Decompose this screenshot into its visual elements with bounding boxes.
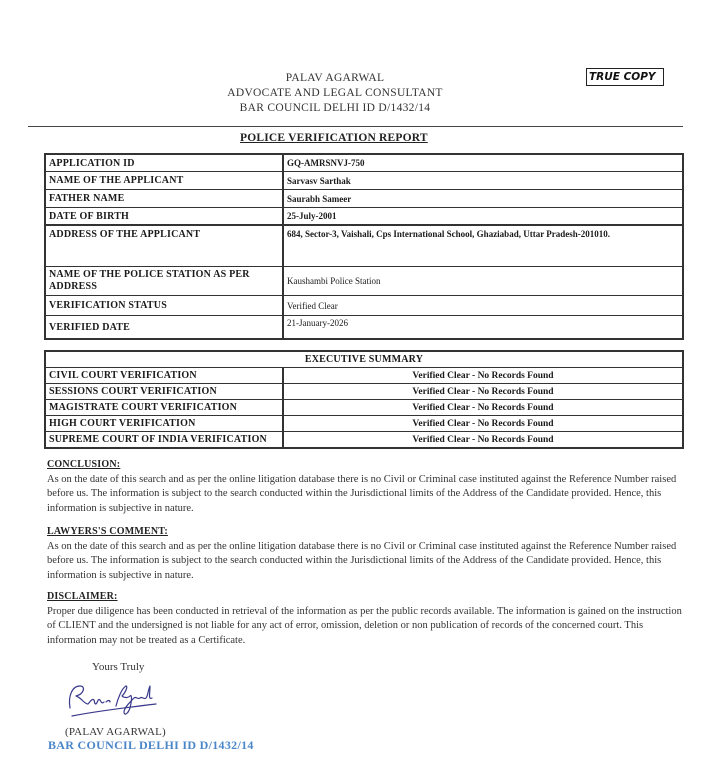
row-label: SESSIONS COURT VERIFICATION	[45, 384, 283, 400]
row-value: Verified Clear - No Records Found	[283, 432, 683, 449]
row-label: NAME OF THE POLICE STATION AS PER ADDRES…	[45, 267, 283, 296]
row-value: Kaushambi Police Station	[283, 267, 683, 296]
summary-heading: EXECUTIVE SUMMARY	[45, 351, 683, 368]
table-row: HIGH COURT VERIFICATION Verified Clear -…	[45, 416, 683, 432]
table-row: VERIFIED DATE 21-January-2026	[45, 316, 683, 340]
row-value: 25-July-2001	[283, 208, 683, 226]
advocate-designation: ADVOCATE AND LEGAL CONSULTANT	[200, 86, 470, 101]
row-value: Saurabh Sameer	[283, 190, 683, 208]
conclusion-text: As on the date of this search and as per…	[47, 473, 687, 517]
advocate-name: PALAV AGARWAL	[200, 71, 470, 86]
conclusion-heading: CONCLUSION:	[47, 458, 687, 473]
row-label: SUPREME COURT OF INDIA VERIFICATION	[45, 432, 283, 449]
header-divider	[28, 126, 683, 127]
lawyers-comment-heading: LAWYERS'S COMMENT:	[47, 525, 687, 540]
row-label: VERIFICATION STATUS	[45, 296, 283, 316]
row-value: Verified Clear - No Records Found	[283, 384, 683, 400]
table-row: FATHER NAME Saurabh Sameer	[45, 190, 683, 208]
signature-icon	[62, 678, 162, 720]
row-label: DATE OF BIRTH	[45, 208, 283, 226]
applicant-details-table: APPLICATION ID GQ-AMRSNVJ-750 NAME OF TH…	[44, 153, 684, 340]
table-row: APPLICATION ID GQ-AMRSNVJ-750	[45, 154, 683, 172]
table-header-row: EXECUTIVE SUMMARY	[45, 351, 683, 368]
table-row: NAME OF THE POLICE STATION AS PER ADDRES…	[45, 267, 683, 296]
report-title: POLICE VERIFICATION REPORT	[240, 132, 428, 144]
row-label: MAGISTRATE COURT VERIFICATION	[45, 400, 283, 416]
disclaimer-text: Proper due diligence has been conducted …	[47, 605, 687, 649]
lawyers-comment-text: As on the date of this search and as per…	[47, 540, 687, 584]
row-label: VERIFIED DATE	[45, 316, 283, 340]
disclaimer-heading: DISCLAIMER:	[47, 590, 687, 605]
table-row: DATE OF BIRTH 25-July-2001	[45, 208, 683, 226]
row-label: FATHER NAME	[45, 190, 283, 208]
row-value: GQ-AMRSNVJ-750	[283, 154, 683, 172]
table-row: SESSIONS COURT VERIFICATION Verified Cle…	[45, 384, 683, 400]
row-value: Verified Clear	[283, 296, 683, 316]
table-row: MAGISTRATE COURT VERIFICATION Verified C…	[45, 400, 683, 416]
table-row: SUPREME COURT OF INDIA VERIFICATION Veri…	[45, 432, 683, 449]
row-label: APPLICATION ID	[45, 154, 283, 172]
table-row: VERIFICATION STATUS Verified Clear	[45, 296, 683, 316]
row-value: Verified Clear - No Records Found	[283, 416, 683, 432]
executive-summary-table: EXECUTIVE SUMMARY CIVIL COURT VERIFICATI…	[44, 350, 684, 449]
lawyers-comment-section: LAWYERS'S COMMENT: As on the date of thi…	[47, 525, 687, 583]
closing-bar-id: BAR COUNCIL DELHI ID D/1432/14	[48, 738, 254, 753]
salutation: Yours Truly	[92, 661, 144, 673]
row-value: Sarvasv Sarthak	[283, 172, 683, 190]
row-label: HIGH COURT VERIFICATION	[45, 416, 283, 432]
row-label: CIVIL COURT VERIFICATION	[45, 368, 283, 384]
row-value: Verified Clear - No Records Found	[283, 400, 683, 416]
table-row: NAME OF THE APPLICANT Sarvasv Sarthak	[45, 172, 683, 190]
conclusion-section: CONCLUSION: As on the date of this searc…	[47, 458, 687, 516]
table-row: ADDRESS OF THE APPLICANT 684, Sector-3, …	[45, 225, 683, 267]
signer-name: (PALAV AGARWAL)	[65, 726, 166, 738]
row-label: ADDRESS OF THE APPLICANT	[45, 225, 283, 267]
true-copy-stamp: TRUE COPY	[586, 68, 664, 86]
disclaimer-section: DISCLAIMER: Proper due diligence has bee…	[47, 590, 687, 648]
row-label: NAME OF THE APPLICANT	[45, 172, 283, 190]
row-value: 684, Sector-3, Vaishali, Cps Internation…	[283, 225, 683, 267]
table-row: CIVIL COURT VERIFICATION Verified Clear …	[45, 368, 683, 384]
row-value: 21-January-2026	[283, 316, 683, 340]
letterhead-bar-id: BAR COUNCIL DELHI ID D/1432/14	[200, 101, 470, 116]
letterhead: PALAV AGARWAL ADVOCATE AND LEGAL CONSULT…	[200, 71, 470, 116]
row-value: Verified Clear - No Records Found	[283, 368, 683, 384]
